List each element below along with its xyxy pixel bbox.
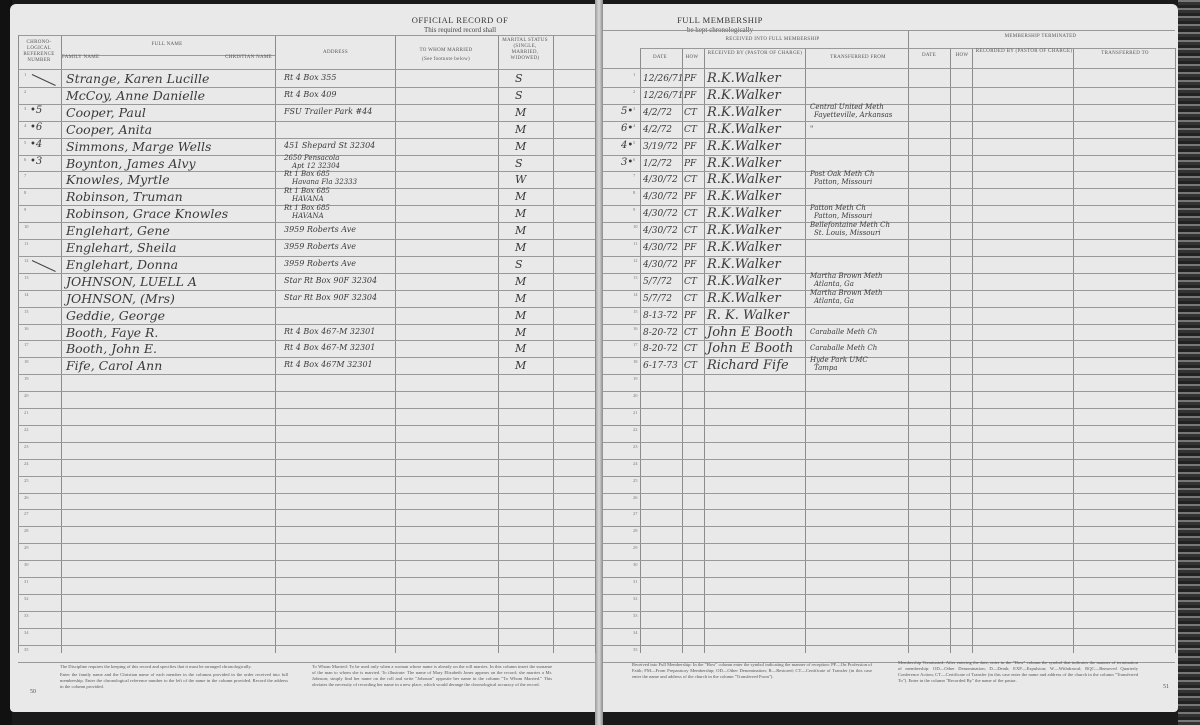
entry-how: PF	[684, 91, 696, 101]
row-number-right: 24	[633, 461, 638, 466]
entry-ref-number-right: 5•	[621, 106, 633, 117]
row-number-right: 32	[633, 596, 638, 601]
row-line	[603, 324, 1175, 325]
entry-received-by: R.K.Walker	[707, 206, 781, 221]
column-divider	[595, 35, 596, 653]
row-number-left: 5	[24, 140, 26, 145]
entry-marital-status: M	[515, 342, 526, 355]
entry-ref-number-right: 6•	[621, 123, 633, 134]
entry-date: 5/7/72	[643, 277, 672, 287]
header-divider	[603, 68, 1175, 69]
row-number-right: 9	[633, 207, 635, 212]
entry-received-by: R.K.Walker	[707, 172, 781, 187]
row-line	[603, 442, 1175, 443]
entry-how: PF	[684, 260, 696, 270]
row-number-left: 22	[24, 427, 29, 432]
row-number-left: 33	[24, 613, 29, 618]
entry-marital-status: M	[515, 241, 526, 254]
entry-marital-status: M	[515, 275, 526, 288]
row-line	[18, 493, 595, 494]
entry-name: Booth, John E.	[66, 341, 157, 356]
entry-address: Rt 4 Box 467-M 32301	[284, 343, 375, 352]
entry-ref-number-right: 3•	[621, 157, 633, 168]
entry-how: CT	[684, 209, 697, 219]
entry-how: PF	[684, 192, 696, 202]
entry-address: 451 Shepard St 32304	[284, 141, 375, 150]
column-divider	[640, 48, 641, 653]
col-christian-header: CHRISTIAN NAME	[210, 55, 272, 61]
entry-date: 8-20-72	[643, 328, 678, 338]
column-divider	[682, 48, 683, 653]
entry-address: Rt 4 Box 467-M 32301	[284, 327, 375, 336]
entry-transferred-from: Hyde Park UMC	[810, 356, 868, 364]
entry-marital-status: M	[515, 292, 526, 305]
entry-address: Rt 4 Box 467M 32301	[284, 360, 373, 369]
entry-received-by: R.K.Walker	[707, 71, 781, 86]
entry-how: CT	[684, 344, 697, 354]
row-number-left: 18	[24, 359, 29, 364]
row-line	[603, 543, 1175, 544]
entry-ref-number: •5	[30, 105, 42, 116]
col-date-header: DATE	[640, 55, 680, 61]
row-line	[603, 476, 1175, 477]
page-edge	[1178, 0, 1200, 725]
row-number-right: 18	[633, 359, 638, 364]
entry-address: FSU Trailer Park #44	[284, 107, 372, 116]
entry-marital-status: M	[515, 326, 526, 339]
row-number-right: 22	[633, 427, 638, 432]
col-to-header: TRANSFERRED TO	[1075, 51, 1175, 57]
entry-transferred-from: Bellefontaine Meth Ch	[810, 221, 890, 229]
row-number-right: 15	[633, 309, 638, 314]
page-number-right: 51	[1163, 684, 1169, 690]
entry-transferred-from: Central United Meth	[810, 103, 884, 111]
row-number-left: 35	[24, 647, 29, 652]
entry-received-by: R.K.Walker	[707, 223, 781, 238]
entry-how: CT	[684, 294, 697, 304]
entry-date: 6-17-73	[643, 361, 678, 371]
entry-received-by: John E Booth	[707, 341, 793, 356]
col-receivedby-header: RECEIVED BY (Pastor of Charge)	[705, 51, 805, 57]
left-subtitle-text: This required record shall	[380, 25, 540, 35]
row-number-right: 16	[633, 326, 638, 331]
row-line	[18, 594, 595, 595]
entry-received-by: R. K. Walker	[707, 308, 789, 323]
entry-received-by: R.K.Walker	[707, 139, 781, 154]
col-family-header: FAMILY NAME	[62, 55, 122, 61]
entry-how: PF	[684, 243, 696, 253]
row-number-left: 14	[24, 292, 29, 297]
row-number-left: 16	[24, 326, 29, 331]
row-line	[603, 104, 1175, 105]
row-number-right: 26	[633, 495, 638, 500]
row-number-right: 4	[633, 123, 635, 128]
book-spine	[595, 0, 603, 725]
entry-marital-status: S	[515, 72, 523, 85]
entry-date: 4/2/72	[643, 125, 672, 135]
entry-date: 8-13-72	[643, 311, 678, 321]
col-marital-header: MARITAL STATUS (Single, Married, Widowed…	[500, 38, 550, 62]
entry-how: PF	[684, 159, 696, 169]
row-number-right: 34	[633, 630, 638, 635]
entry-name: Boynton, James Alvy	[66, 156, 196, 171]
entry-received-by: John E Booth	[707, 325, 793, 340]
row-number-right: 10	[633, 224, 638, 229]
entry-transferred-from: Post Oak Meth Ch	[810, 170, 874, 178]
row-number-left: 29	[24, 545, 29, 550]
left-page-title: OFFICIAL RECORD OF This required record …	[380, 15, 540, 35]
entry-transferred-from: Martha Brown Meth	[810, 289, 882, 297]
entry-name: JOHNSON, (Mrs)	[66, 291, 175, 306]
row-number-right: 14	[633, 292, 638, 297]
row-line	[603, 577, 1175, 578]
entry-received-by: R.K.Walker	[707, 156, 781, 171]
row-number-left: 17	[24, 342, 29, 347]
row-number-right: 7	[633, 173, 635, 178]
entry-how: CT	[684, 226, 697, 236]
row-number-left: 10	[24, 224, 29, 229]
header-divider	[18, 69, 595, 70]
row-line	[18, 662, 595, 663]
entry-address-line2: Apt 12 32304	[292, 162, 340, 170]
row-number-right: 25	[633, 478, 638, 483]
row-line	[603, 509, 1175, 510]
column-divider	[1175, 48, 1176, 653]
left-title-text: OFFICIAL RECORD OF	[380, 15, 540, 25]
entry-date: 3/19/72	[643, 142, 678, 152]
entry-ref-number: •6	[30, 122, 42, 133]
col-recordedby-header: RECORDED BY (Pastor of Charge)	[974, 49, 1074, 55]
entry-date: 1/2/72	[643, 159, 672, 169]
row-line	[603, 121, 1175, 122]
row-line	[18, 391, 595, 392]
row-number-right: 23	[633, 444, 638, 449]
row-line	[18, 509, 595, 510]
entry-address: 3959 Roberts Ave	[284, 242, 356, 251]
row-number-left: 32	[24, 596, 29, 601]
entry-received-by: R.K.Walker	[707, 88, 781, 103]
column-divider	[704, 48, 705, 653]
row-line	[18, 611, 595, 612]
entry-name: Englehart, Donna	[66, 257, 178, 272]
row-number-right: 13	[633, 275, 638, 280]
entry-marital-status: M	[515, 140, 526, 153]
row-number-left: 9	[24, 207, 26, 212]
entry-transferred-from-line2: Atlanta, Ga	[814, 280, 854, 288]
entry-date: 4/30/72	[643, 226, 678, 236]
footer-left-2: Enter the family name and the Christian …	[60, 672, 288, 690]
row-number-left: 21	[24, 410, 29, 415]
entry-marital-status: M	[515, 106, 526, 119]
entry-name: JOHNSON, LUELL A	[66, 274, 197, 289]
entry-marital-status: M	[515, 123, 526, 136]
row-number-left: 7	[24, 173, 26, 178]
row-number-left: 20	[24, 393, 29, 398]
col-married-header: TO WHOM MARRIED (See footnote below)	[396, 48, 496, 63]
row-number-left: 12	[24, 258, 29, 263]
entry-how: PF	[684, 311, 696, 321]
entry-how: CT	[684, 108, 697, 118]
row-line	[603, 611, 1175, 612]
entry-received-by: R.K.Walker	[707, 189, 781, 204]
row-number-right: 8	[633, 190, 635, 195]
row-line	[603, 493, 1175, 494]
row-number-left: 31	[24, 579, 29, 584]
row-number-right: 28	[633, 528, 638, 533]
entry-address: Rt 1 Box 685	[284, 187, 330, 195]
entry-transferred-from: "	[810, 125, 813, 133]
entry-name: Fife, Carol Ann	[66, 358, 162, 373]
row-number-left: 23	[24, 444, 29, 449]
row-line	[603, 307, 1175, 308]
entry-marital-status: W	[515, 173, 526, 186]
row-line	[603, 408, 1175, 409]
row-number-left: 28	[24, 528, 29, 533]
row-line	[18, 577, 595, 578]
entry-address: 3959 Roberts Ave	[284, 225, 356, 234]
row-number-left: 8	[24, 190, 26, 195]
row-line	[603, 357, 1175, 358]
row-number-left: 6	[24, 157, 26, 162]
entry-transferred-from: Martha Brown Meth	[810, 272, 882, 280]
entry-name: Englehart, Gene	[66, 223, 170, 238]
column-divider	[805, 48, 806, 653]
row-number-right: 20	[633, 393, 638, 398]
row-number-left: 3	[24, 106, 26, 111]
row-line	[18, 408, 595, 409]
row-line	[603, 425, 1175, 426]
row-line	[18, 374, 595, 375]
entry-address: Rt 1 Box 685	[284, 204, 330, 212]
row-line	[18, 526, 595, 527]
row-line	[18, 442, 595, 443]
entry-name: Simmons, Marge Wells	[66, 139, 211, 154]
entry-name: Englehart, Sheila	[66, 240, 176, 255]
footer-right-terminated-note: Membership Terminated: After entering th…	[898, 660, 1138, 684]
entry-how: PF	[684, 142, 696, 152]
entry-ref-number-right: 4•	[621, 140, 633, 151]
row-number-left: 2	[24, 89, 26, 94]
entry-marital-status: M	[515, 309, 526, 322]
married-note: (See footnote below)	[396, 57, 496, 63]
entry-address: 3959 Roberts Ave	[284, 259, 356, 268]
row-line	[603, 459, 1175, 460]
entry-date: 4/2/72	[643, 108, 672, 118]
entry-marital-status: M	[515, 359, 526, 372]
entry-how: CT	[684, 328, 697, 338]
entry-transferred-from-line2: Patton, Missouri	[814, 178, 872, 186]
right-title-text: FULL MEMBERSHIP	[640, 15, 800, 25]
row-number-right: 35	[633, 647, 638, 652]
entry-address: Rt 4 Box 355	[284, 73, 336, 82]
row-line	[603, 87, 1175, 88]
entry-received-by: R.K.Walker	[707, 240, 781, 255]
row-number-right: 6	[633, 157, 635, 162]
col-from-header: TRANSFERRED FROM	[808, 55, 908, 61]
entry-address-line2: HAVANA	[292, 212, 324, 220]
row-line	[603, 391, 1175, 392]
entry-name: Robinson, Grace Knowles	[66, 206, 228, 221]
col-thow-header: HOW	[952, 53, 972, 59]
entry-transferred-from-line2: St. Louis, Missouri	[814, 229, 881, 237]
row-line	[603, 171, 1175, 172]
col-tdate-header: DATE	[908, 53, 950, 59]
page-number-left: 50	[30, 689, 36, 695]
entry-name: Cooper, Paul	[66, 105, 146, 120]
entry-ref-number: •4	[30, 139, 42, 150]
footer-left-instructions: The Discipline requires the keeping of t…	[60, 664, 288, 690]
footer-left-1: The Discipline requires the keeping of t…	[60, 664, 288, 670]
entry-date: 8-20-72	[643, 344, 678, 354]
row-line	[603, 188, 1175, 189]
entry-name: McCoy, Anne Danielle	[66, 88, 205, 103]
entry-address: Rt 1 Box 685	[284, 170, 330, 178]
row-number-left: 1	[24, 72, 26, 77]
row-number-right: 11	[633, 241, 637, 246]
entry-received-by: R.K.Walker	[707, 274, 781, 289]
row-number-right: 5	[633, 140, 635, 145]
entry-date: 12/26/71	[643, 74, 683, 84]
row-line	[18, 628, 595, 629]
row-line	[18, 645, 595, 646]
col-address-header: ADDRESS	[278, 50, 393, 56]
entry-transferred-from: Caraballe Meth Ch	[810, 328, 877, 336]
entry-marital-status: S	[515, 258, 523, 271]
entry-received-by: R.K.Walker	[707, 105, 781, 120]
entry-marital-status: S	[515, 89, 523, 102]
row-line	[603, 256, 1175, 257]
row-line	[603, 628, 1175, 629]
row-number-left: 15	[24, 309, 29, 314]
entry-date: 4/30/72	[643, 243, 678, 253]
entry-address: 2650 Pensacola	[284, 154, 339, 162]
entry-marital-status: S	[515, 157, 523, 170]
entry-date: 4/30/72	[643, 209, 678, 219]
entry-received-by: R.K.Walker	[707, 122, 781, 137]
column-divider	[1073, 48, 1074, 653]
entry-ref-number: •3	[30, 156, 42, 167]
entry-date: 4/30/72	[643, 260, 678, 270]
row-number-right: 33	[633, 613, 638, 618]
entry-date: 4/30/72	[643, 175, 678, 185]
row-line	[603, 594, 1175, 595]
row-line	[603, 155, 1175, 156]
entry-marital-status: M	[515, 207, 526, 220]
entry-received-by: R.K.Walker	[707, 257, 781, 272]
col-ref-header: CHRONO-LOGICAL REFERENCE NUMBER	[20, 40, 58, 64]
entry-name: Strange, Karen Lucille	[66, 71, 209, 86]
entry-date: 5/7/72	[643, 294, 672, 304]
row-line	[603, 290, 1175, 291]
row-line	[603, 239, 1175, 240]
entry-name: Geddie, George	[66, 308, 165, 323]
row-line	[18, 425, 595, 426]
terminated-group-header: MEMBERSHIP TERMINATED	[908, 34, 1173, 40]
row-line	[603, 340, 1175, 341]
row-line	[18, 476, 595, 477]
entry-date: 4/30/72	[643, 192, 678, 202]
received-group-header: RECEIVED INTO FULL MEMBERSHIP	[640, 37, 905, 43]
row-line	[603, 560, 1175, 561]
entry-transferred-from-line2: Tampa	[814, 364, 838, 372]
row-number-right: 3	[633, 106, 635, 111]
entry-address-line2: HAVANA	[292, 195, 324, 203]
entry-transferred-from: Caraballe Meth Ch	[810, 344, 877, 352]
entry-transferred-from-line2: Atlanta, Ga	[814, 297, 854, 305]
row-line	[603, 374, 1175, 375]
header-divider	[640, 48, 1175, 49]
entry-how: CT	[684, 175, 697, 185]
row-number-right: 30	[633, 562, 638, 567]
row-number-left: 27	[24, 511, 29, 516]
col-fullname-header: FULL NAME	[62, 42, 272, 48]
entry-name: Robinson, Truman	[66, 189, 183, 204]
entry-name: Knowles, Myrtle	[66, 172, 170, 187]
column-divider	[950, 48, 951, 653]
married-label: TO WHOM MARRIED	[396, 48, 496, 54]
entry-transferred-from-line2: Fayetteville, Arkansas	[814, 111, 892, 119]
entry-received-by: Richard Fife	[707, 358, 789, 373]
row-number-left: 13	[24, 275, 29, 280]
row-number-left: 30	[24, 562, 29, 567]
entry-address: Rt 4 Box 409	[284, 90, 336, 99]
row-line	[603, 645, 1175, 646]
row-number-left: 4	[24, 123, 26, 128]
row-number-right: 29	[633, 545, 638, 550]
footer-left-married-note: To Whom Married: To be used only when a …	[312, 664, 552, 688]
row-number-left: 26	[24, 495, 29, 500]
entry-marital-status: M	[515, 190, 526, 203]
row-line	[603, 138, 1175, 139]
entry-how: CT	[684, 125, 697, 135]
entry-date: 12/26/71	[643, 91, 683, 101]
row-number-left: 11	[24, 241, 28, 246]
entry-address: Star Rt Box 90F 32304	[284, 293, 377, 302]
row-number-right: 27	[633, 511, 638, 516]
row-number-right: 21	[633, 410, 638, 415]
entry-address-line2: Havana Fla 32333	[292, 178, 357, 186]
header-divider	[18, 35, 595, 36]
row-line	[603, 273, 1175, 274]
row-number-left: 25	[24, 478, 29, 483]
entry-how: CT	[684, 277, 697, 287]
row-number-right: 17	[633, 342, 638, 347]
row-line	[18, 543, 595, 544]
row-line	[18, 459, 595, 460]
entry-address: Star Rt Box 90F 32304	[284, 276, 377, 285]
row-number-right: 19	[633, 376, 638, 381]
entry-how: CT	[684, 361, 697, 371]
row-number-right: 1	[633, 72, 635, 77]
row-number-left: 34	[24, 630, 29, 635]
row-number-left: 19	[24, 376, 29, 381]
header-divider	[603, 30, 1175, 31]
row-line	[603, 205, 1175, 206]
row-number-right: 2	[633, 89, 635, 94]
footer-right-received-note: Received into Full Membership: In the "H…	[632, 662, 872, 680]
entry-transferred-from-line2: Patton, Missouri	[814, 212, 872, 220]
entry-name: Cooper, Anita	[66, 122, 152, 137]
entry-name: Booth, Faye R.	[66, 325, 158, 340]
row-line	[18, 560, 595, 561]
entry-how: PF	[684, 74, 696, 84]
entry-received-by: R.K.Walker	[707, 291, 781, 306]
row-line	[603, 526, 1175, 527]
row-number-right: 12	[633, 258, 638, 263]
row-number-right: 31	[633, 579, 638, 584]
entry-transferred-from: Patton Meth Ch	[810, 204, 866, 212]
col-how-header: HOW	[682, 55, 702, 61]
